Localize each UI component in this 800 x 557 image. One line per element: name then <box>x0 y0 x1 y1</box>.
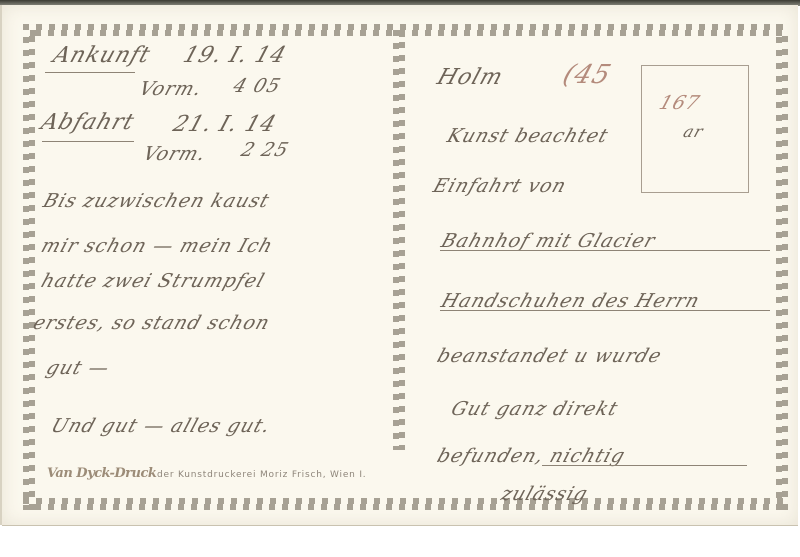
printer-brand: Van Dyck-Druck <box>47 466 156 481</box>
address-line-3: Einfahrt von <box>430 175 569 197</box>
border-right-col-2 <box>782 30 788 510</box>
message-line-4: erstes, so stand schon <box>30 312 273 334</box>
arrival-underline <box>45 72 135 73</box>
center-divider-col-2 <box>399 36 405 450</box>
address-line-1: Holm <box>434 65 506 90</box>
address-line-9: zulässig <box>498 483 591 505</box>
stamp-box-note-top: 167 <box>656 92 702 114</box>
address-line-7: Gut ganz direkt <box>448 398 621 420</box>
message-line-3: hatte zwei Strumpfel <box>38 270 267 292</box>
address-line-8-underline <box>542 465 747 466</box>
departure-date: 21. I. 14 <box>170 112 280 137</box>
address-line-8: befunden, nichtig <box>434 445 628 467</box>
departure-underline <box>42 141 134 142</box>
address-line-5-underline <box>440 310 770 311</box>
border-bottom-row-2 <box>29 504 788 510</box>
border-top-row-2 <box>29 30 788 36</box>
departure-time: 2 25 <box>238 139 291 161</box>
message-line-1: Bis zuzwischen kaust <box>40 190 272 212</box>
address-line-4: Bahnhof mit Glacier <box>438 230 658 252</box>
pencil-note: (45 <box>559 60 615 90</box>
arrival-time-label: Vorm. <box>136 78 205 100</box>
address-line-2: Kunst beachtet <box>444 125 611 147</box>
arrival-time: 4 05 <box>230 75 283 97</box>
border-left-col-2 <box>29 30 35 510</box>
address-line-6: beanstandet u wurde <box>434 345 664 367</box>
message-line-5: gut — <box>43 357 112 379</box>
address-line-4-strike <box>440 250 770 251</box>
arrival-label: Ankunft <box>50 43 154 68</box>
postcard: 167 ar Ankunft 19. I. 14 Vorm. 4 05 Abfa… <box>2 5 798 526</box>
printer-imprint: der Kunstdruckerei Moriz Frisch, Wien I. <box>157 470 366 480</box>
departure-time-label: Vorm. <box>140 143 209 165</box>
address-line-5: Handschuhen des Herrn <box>438 290 702 312</box>
message-line-6: Und gut — alles gut. <box>48 415 273 437</box>
departure-label: Abfahrt <box>38 110 138 135</box>
arrival-date: 19. I. 14 <box>180 43 290 68</box>
message-line-2: mir schon — mein Ich <box>38 235 276 257</box>
